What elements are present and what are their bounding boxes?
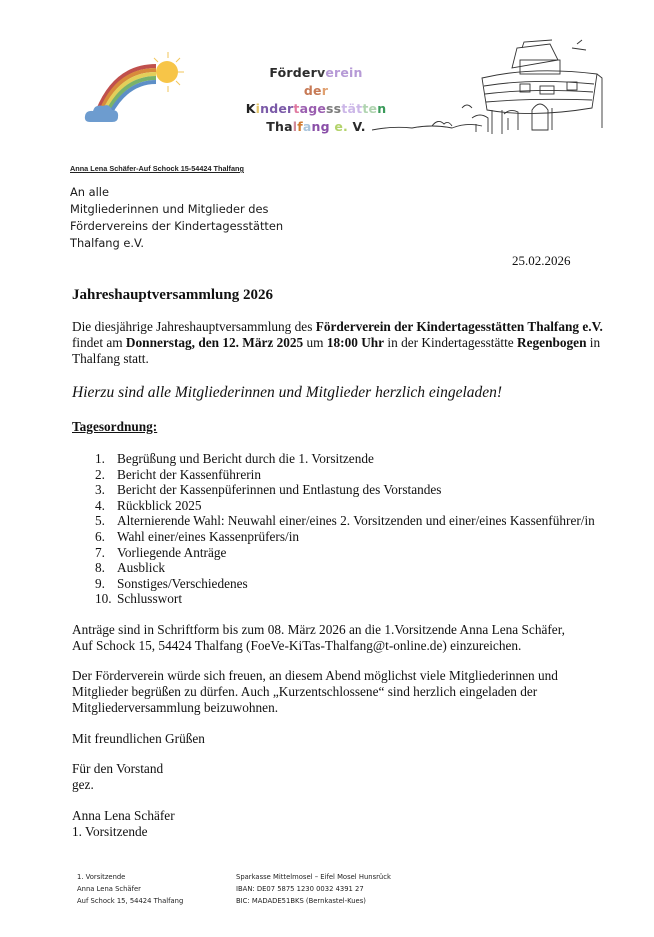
letter-title: Jahreshauptversammlung 2026 [72, 287, 273, 304]
agenda-item-text: Rückblick 2025 [117, 498, 202, 514]
agenda-item-number: 10. [95, 591, 117, 607]
agenda-item: 1.Begrüßung und Bericht durch die 1. Vor… [95, 451, 595, 467]
paragraph-line: Auf Schock 15, 54424 Thalfang (FoeVe-KiT… [72, 638, 632, 654]
agenda-item-number: 6. [95, 529, 117, 545]
agenda-item: 6.Wahl einer/eines Kassenprüfers/in [95, 529, 595, 545]
agenda-item-text: Sonstiges/Verschiedenes [117, 576, 248, 592]
recipient-line: Fördervereins der Kindertagesstätten [70, 218, 283, 235]
agenda-item-number: 5. [95, 513, 117, 529]
agenda-item: 8.Ausblick [95, 560, 595, 576]
footer-contact: 1. Vorsitzende Anna Lena Schäfer Auf Sch… [77, 871, 183, 907]
footer-line: 1. Vorsitzende [77, 871, 183, 883]
agenda-item: 4.Rückblick 2025 [95, 498, 595, 514]
invitation-line: Hierzu sind alle Mitgliederinnen und Mit… [72, 384, 502, 402]
closing-paragraph: Der Förderverein würde sich freuen, an d… [72, 668, 632, 717]
paragraph-line: Anträge sind in Schriftform bis zum 08. … [72, 622, 632, 638]
paragraph-line: Mitgliederversammlung beizuwohnen. [72, 700, 632, 716]
agenda-item-text: Schlusswort [117, 591, 182, 607]
recipient-line: An alle [70, 184, 283, 201]
footer-line: Anna Lena Schäfer [77, 883, 183, 895]
footer-line: IBAN: DE07 5875 1230 0032 4391 27 [236, 883, 391, 895]
agenda-item-text: Alternierende Wahl: Neuwahl einer/eines … [117, 513, 595, 529]
agenda-list: 1.Begrüßung und Bericht durch die 1. Vor… [95, 451, 595, 607]
recipient-line: Thalfang e.V. [70, 235, 283, 252]
agenda-item-number: 3. [95, 482, 117, 498]
agenda-item-number: 7. [95, 545, 117, 561]
signer-role: 1. Vorsitzende [72, 824, 175, 840]
signer-name: Anna Lena Schäfer [72, 808, 175, 824]
agenda-item-number: 8. [95, 560, 117, 576]
agenda-item-text: Begrüßung und Bericht durch die 1. Vorsi… [117, 451, 374, 467]
agenda-item: 10.Schlusswort [95, 591, 595, 607]
sender-line: Anna Lena Schäfer-Auf Schock 15-54424 Th… [70, 164, 244, 173]
agenda-item-text: Bericht der Kassenführerin [117, 467, 261, 483]
agenda-item-number: 2. [95, 467, 117, 483]
footer-line: BIC: MADADE51BKS (Bernkastel-Kues) [236, 895, 391, 907]
rainbow-icon [76, 48, 186, 126]
for-board-line: Für den Vorstand [72, 761, 163, 777]
paragraph-line: Mitglieder begrüßen zu dürfen. Auch „Kur… [72, 684, 632, 700]
greeting: Mit freundlichen Grüßen [72, 731, 205, 747]
agenda-item-number: 9. [95, 576, 117, 592]
agenda-item: 5.Alternierende Wahl: Neuwahl einer/eine… [95, 513, 595, 529]
footer-line: Auf Schock 15, 54424 Thalfang [77, 895, 183, 907]
for-board-line: gez. [72, 777, 163, 793]
letter-date: 25.02.2026 [512, 253, 571, 269]
submission-deadline-paragraph: Anträge sind in Schriftform bis zum 08. … [72, 622, 632, 654]
recipient-address: An alle Mitgliederinnen und Mitglieder d… [70, 184, 283, 252]
agenda-item-text: Wahl einer/eines Kassenprüfers/in [117, 529, 299, 545]
intro-paragraph: Die diesjährige Jahreshauptversammlung d… [72, 319, 632, 368]
for-board: Für den Vorstand gez. [72, 761, 163, 792]
agenda-item-text: Vorliegende Anträge [117, 545, 226, 561]
agenda-item: 7.Vorliegende Anträge [95, 545, 595, 561]
signer: Anna Lena Schäfer 1. Vorsitzende [72, 808, 175, 839]
agenda-item: 3.Bericht der Kassenpüferinnen und Entla… [95, 482, 595, 498]
recipient-line: Mitgliederinnen und Mitglieder des [70, 201, 283, 218]
agenda-heading: Tagesordnung: [72, 419, 157, 435]
agenda-item: 9.Sonstiges/Verschiedenes [95, 576, 595, 592]
agenda-item-number: 4. [95, 498, 117, 514]
agenda-item-text: Ausblick [117, 560, 165, 576]
footer-line: Sparkasse Mittelmosel – Eifel Mosel Huns… [236, 871, 391, 883]
agenda-item-number: 1. [95, 451, 117, 467]
agenda-item: 2.Bericht der Kassenführerin [95, 467, 595, 483]
paragraph-line: Der Förderverein würde sich freuen, an d… [72, 668, 632, 684]
noahs-ark-icon [372, 38, 608, 138]
footer-bank: Sparkasse Mittelmosel – Eifel Mosel Huns… [236, 871, 391, 907]
agenda-item-text: Bericht der Kassenpüferinnen und Entlast… [117, 482, 441, 498]
